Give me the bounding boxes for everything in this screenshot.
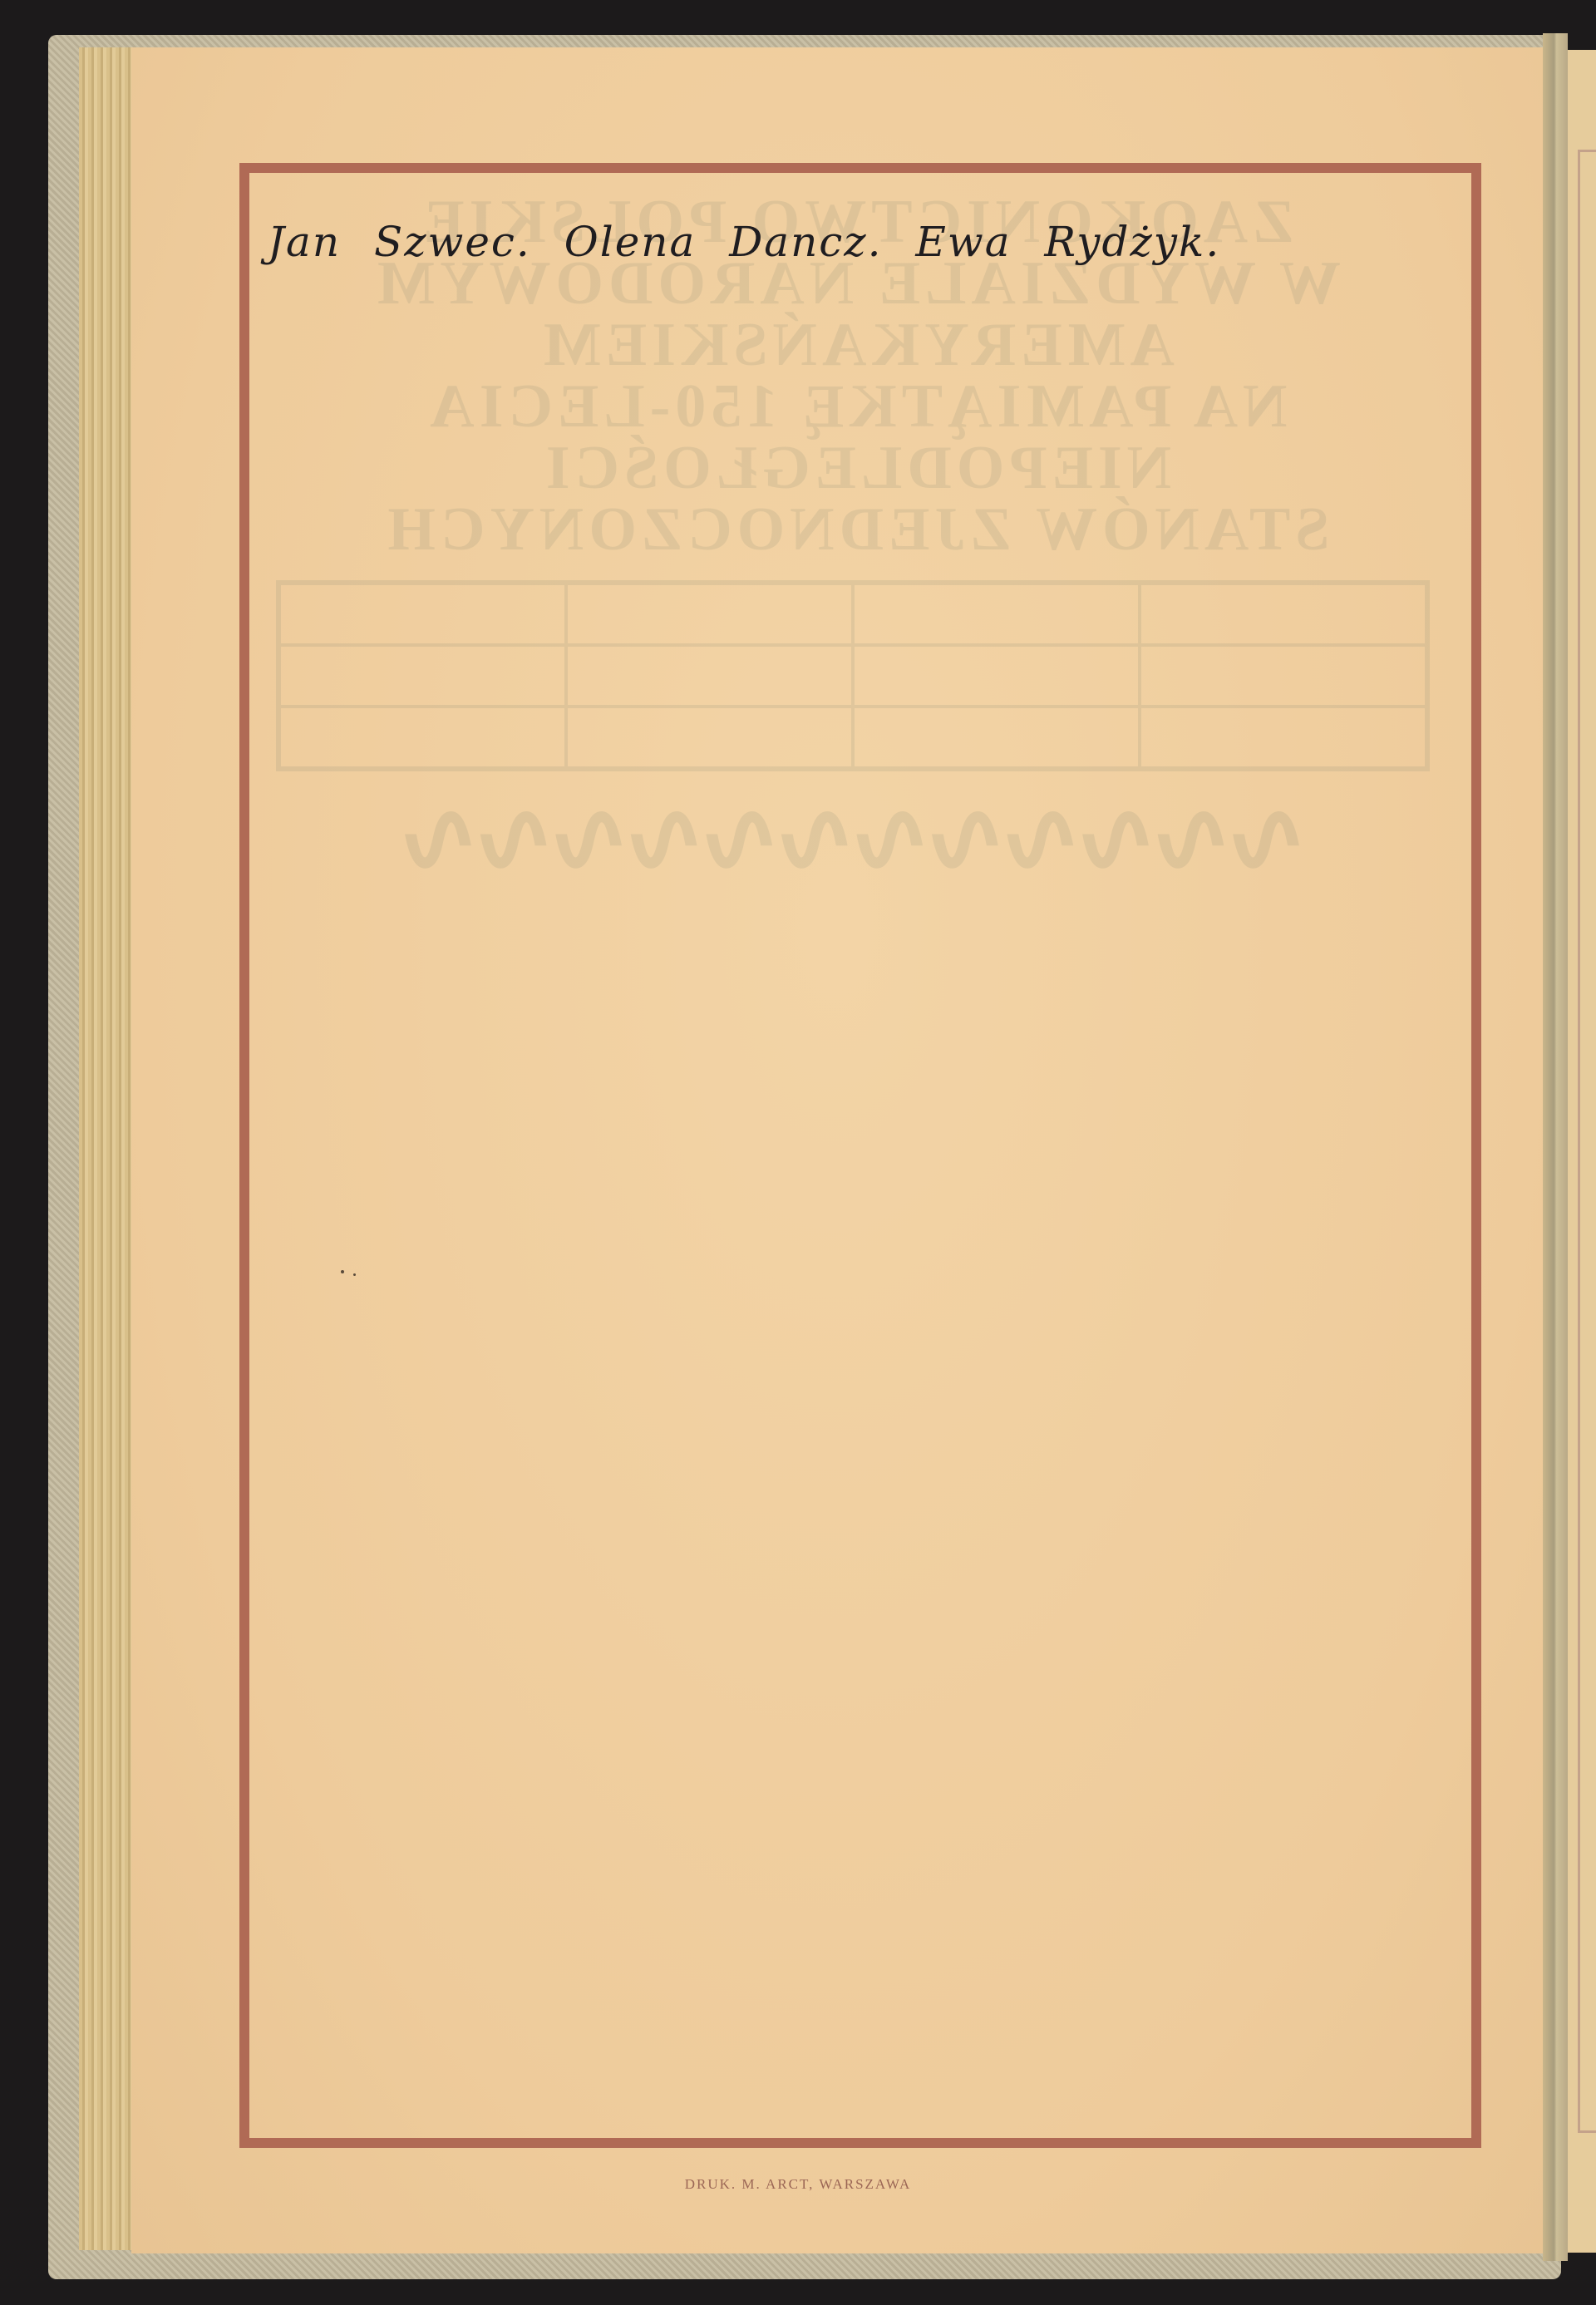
- ink-speck: [353, 1273, 356, 1276]
- printer-imprint: DRUK. M. ARCT, WARSZAWA: [0, 2176, 1596, 2193]
- handwritten-names: Jan Szwec. Olena Dancz. Ewa Rydżyk.: [268, 218, 1220, 266]
- adjacent-page-frame: [1578, 150, 1596, 2133]
- ink-speck: [341, 1270, 344, 1273]
- page-edges: [79, 47, 133, 2250]
- book-gutter: [1543, 33, 1568, 2261]
- page-border-frame: [239, 163, 1481, 2148]
